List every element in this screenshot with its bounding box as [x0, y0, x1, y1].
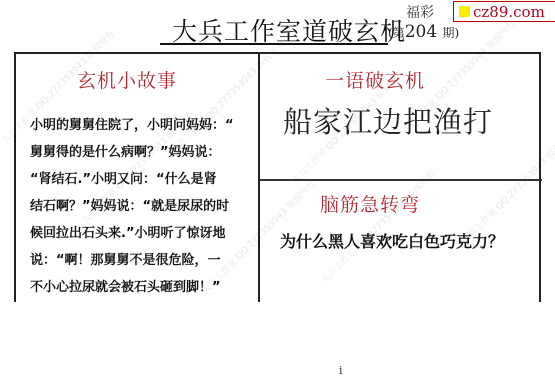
title-underline: [160, 43, 388, 45]
story-line: 候回拉出石头来.”小明听了惊讶地: [30, 220, 252, 247]
story-line: 不小心拉尿就会被石头砸到脚！”: [30, 274, 252, 301]
story-line: “肾结石.”小明又问：“什么是肾: [30, 166, 252, 193]
page-mark: i: [339, 364, 343, 377]
brain-teaser-question: 为什么黑人喜欢吃白色巧克力？: [280, 229, 504, 252]
story-text: 小明的舅舅住院了，小明问妈妈：“ 舅舅得的是什么病啊？”妈妈说： “肾结石.”小…: [30, 112, 252, 301]
logo-text: cz89.com: [473, 3, 545, 21]
story-line: 小明的舅舅住院了，小明问妈妈：“: [30, 112, 252, 139]
vertical-divider: [258, 52, 260, 302]
logo-square-icon: [459, 6, 470, 17]
issue-number: (第204 期): [388, 22, 459, 42]
issue-value: 204: [405, 22, 437, 42]
horizontal-divider: [259, 179, 542, 181]
issue-suffix: 期): [443, 26, 460, 40]
lottery-label: 福彩: [406, 2, 434, 22]
site-logo[interactable]: cz89.com: [453, 1, 555, 22]
story-line: 结石啊？”妈妈说：“就是尿尿的时: [30, 193, 252, 220]
issue-prefix: (第: [388, 26, 405, 40]
riddle-heading: 一语破玄机: [325, 66, 425, 93]
story-line: 舅舅得的是什么病啊？”妈妈说：: [30, 139, 252, 166]
story-heading: 玄机小故事: [77, 66, 177, 93]
brain-teaser-heading: 脑筋急转弯: [320, 190, 420, 217]
story-line: 说：“啊！那舅舅不是很危险，一: [30, 247, 252, 274]
riddle-answer: 船家江边把渔打: [283, 100, 493, 141]
